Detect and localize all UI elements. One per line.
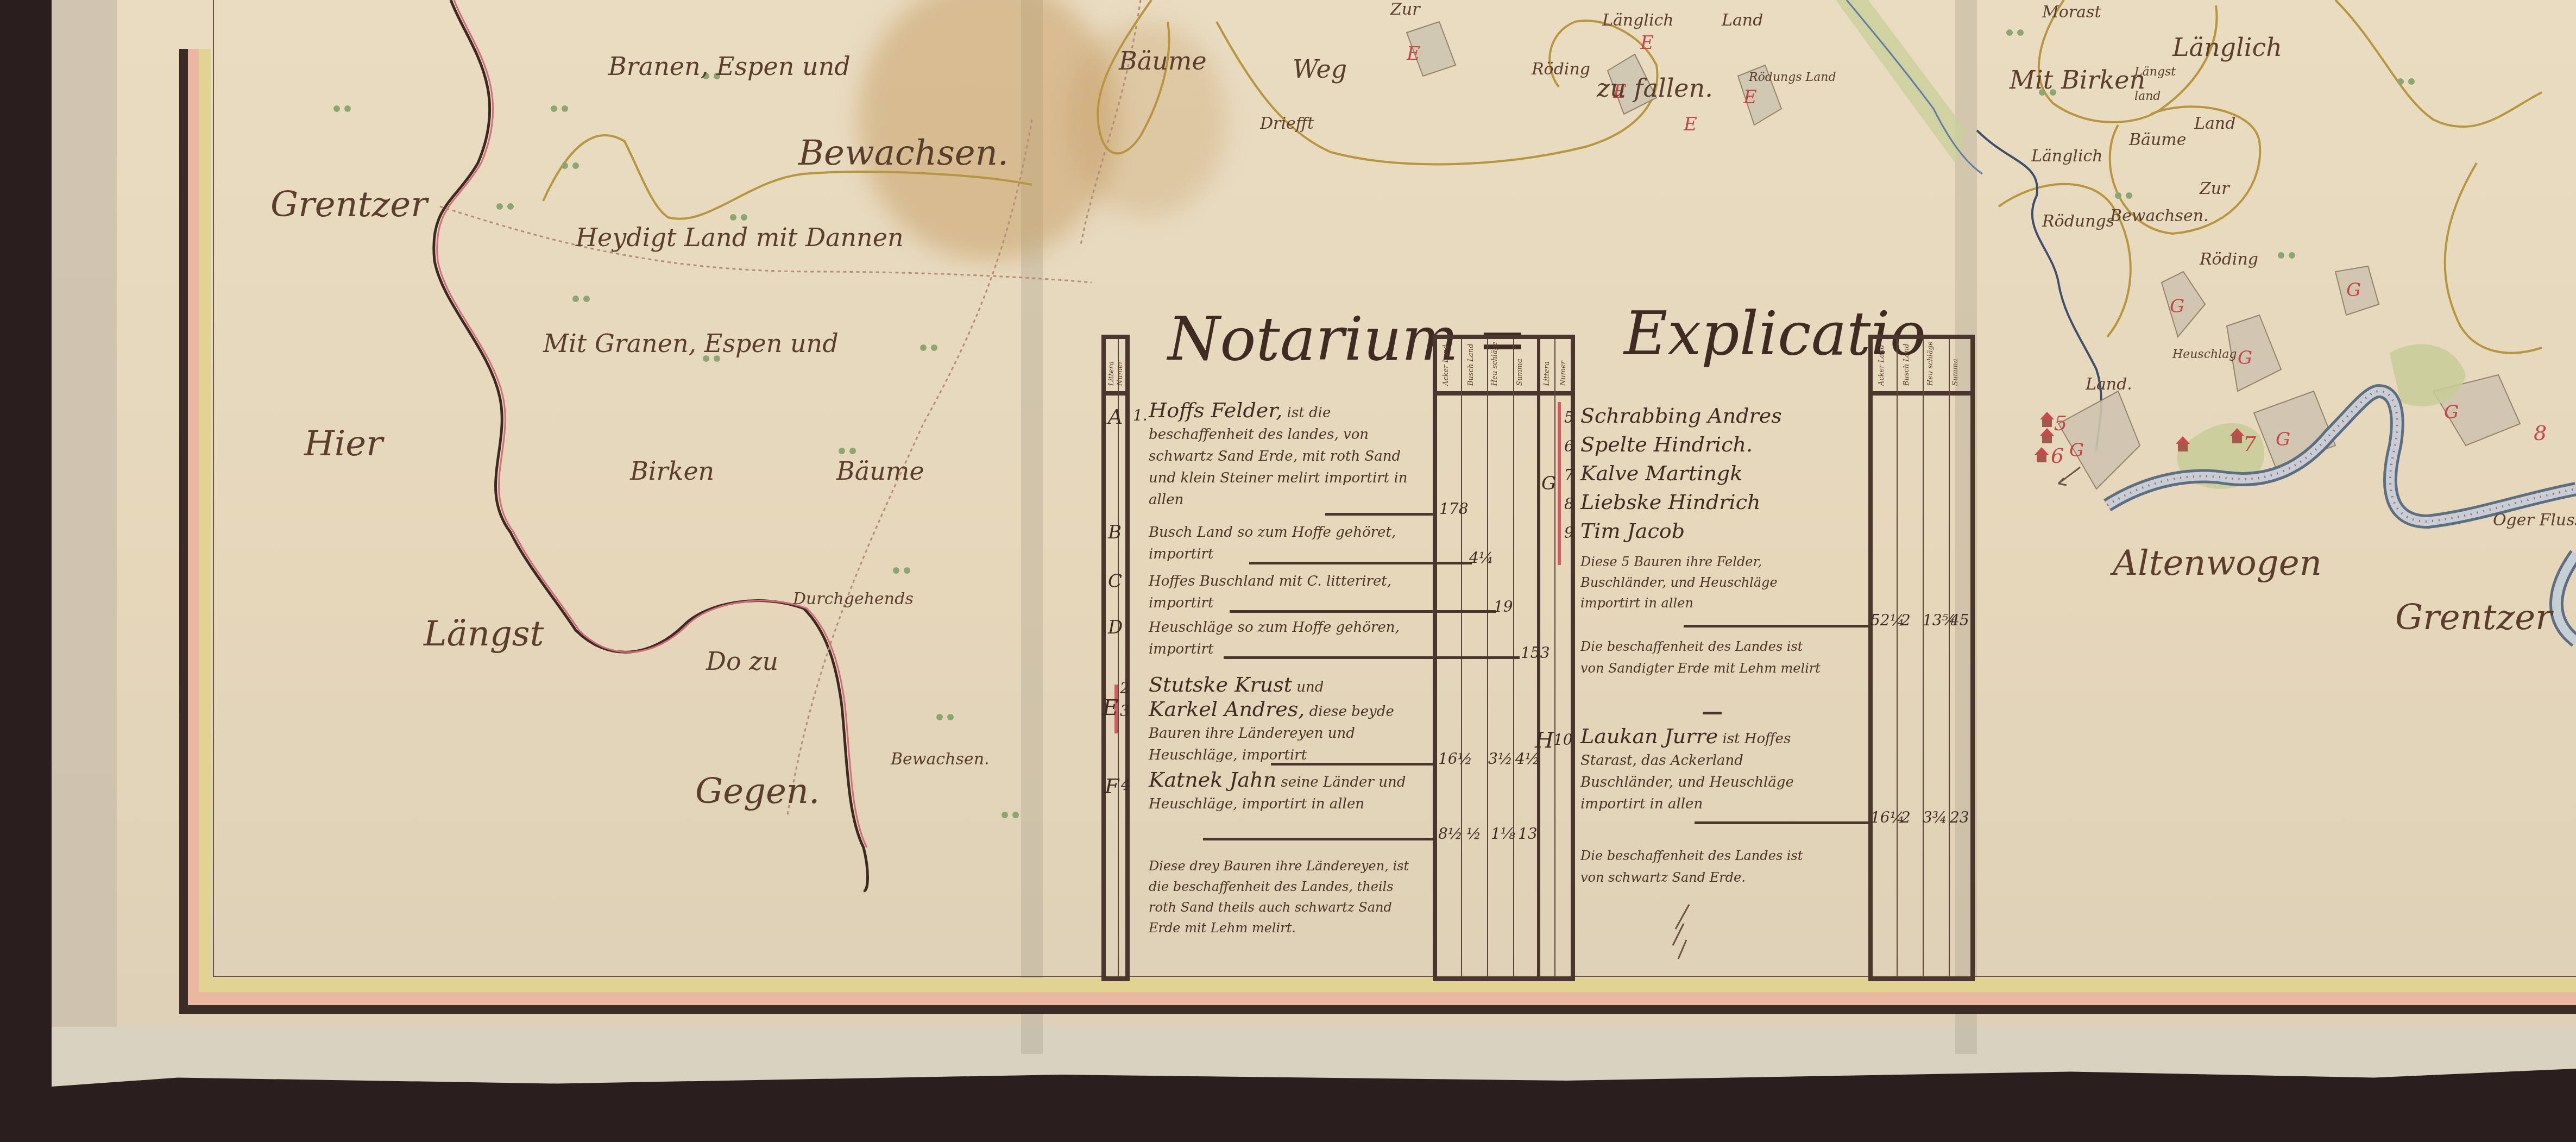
entry-value: 2	[1901, 611, 1911, 629]
notarium-entry-a: Hoffs Felder, ist die beschaffenheit des…	[1149, 399, 1431, 511]
entry-number: 4	[1121, 776, 1131, 794]
map-label: Gegen.	[695, 771, 820, 812]
map-label: Oger Fluss	[2493, 511, 2576, 530]
entry-text: und	[1296, 679, 1324, 695]
map-label: Bäume	[2129, 130, 2186, 149]
entry-name: Spelte Hindrich.	[1580, 432, 1753, 456]
table-header: Littera Numer	[1106, 339, 1125, 396]
entry-name: Laukan Jurre	[1580, 724, 1718, 748]
littera-letter: B	[1108, 522, 1122, 543]
littera-letter: E	[1103, 695, 1118, 720]
entry-name: Karkel Andres,	[1149, 697, 1305, 721]
explicatio-entry: Spelte Hindrich.	[1580, 434, 1753, 458]
entry-value: 3½	[1488, 750, 1513, 768]
svg-text:E: E	[1406, 43, 1420, 65]
header-cell: Acker Land	[1443, 341, 1450, 386]
map-label: Bäume	[1119, 46, 1207, 76]
legend-table-left: Littera Numer	[1101, 335, 1130, 981]
notarium-entry-d: Heuschläge so zum Hoffe gehören, importi…	[1149, 617, 1431, 660]
map-label: Länglich	[2031, 147, 2103, 166]
entry-name: Katnek Jahn	[1149, 768, 1276, 792]
notarium-entry-b: Busch Land so zum Hoffe gehöret, importi…	[1149, 522, 1431, 565]
svg-text:6: 6	[2051, 444, 2064, 468]
map-label: Do zu	[706, 647, 778, 676]
header-cell: Summa	[1952, 341, 1960, 386]
header-cell: Heu schläge	[1491, 341, 1499, 386]
entry-number: 2	[1120, 679, 1130, 697]
map-label: Driefft	[1260, 114, 1314, 133]
entry-number: 9	[1564, 524, 1574, 542]
map-label: Rödungs	[2042, 212, 2114, 231]
entry-value: 153	[1521, 644, 1550, 662]
notarium-entry-e2: Karkel Andres, diese beyde Bauren ihre L…	[1149, 698, 1431, 766]
header-cell: Heu schläge	[1927, 341, 1935, 386]
entry-number: 8	[1564, 495, 1574, 513]
header-cell: Littera	[1544, 341, 1551, 386]
entry-value: 178	[1439, 500, 1468, 518]
explicatio-entry: Schrabbing Andres	[1580, 405, 1782, 429]
map-label: Zur	[2200, 179, 2229, 198]
svg-text:G: G	[2238, 347, 2252, 369]
entry-value: 23	[1950, 808, 1969, 826]
map-label: Land	[1722, 11, 1763, 30]
map-label: Weg	[1293, 54, 1347, 84]
entry-name: Stutske Krust	[1149, 673, 1292, 697]
svg-text:G: G	[2170, 296, 2184, 317]
map-label: Land	[2194, 114, 2235, 133]
svg-text:7: 7	[2243, 432, 2257, 456]
signature-flourish	[1667, 902, 1711, 962]
notarium-entry-c: Hoffes Buschland mit C. litteriret, impo…	[1149, 570, 1431, 614]
map-label: zu fallen.	[1597, 73, 1713, 103]
entry-number: 3	[1120, 702, 1130, 720]
header-cell: Busch Land	[1467, 341, 1475, 386]
entry-number: 5	[1564, 409, 1574, 426]
entry-value: 19	[1494, 598, 1513, 616]
map-label: Heydigt Land mit Dannen	[576, 223, 904, 252]
entry-value: 16¼	[1870, 808, 1905, 826]
entry-number: 10	[1553, 731, 1573, 749]
entry-value: 8½	[1438, 825, 1463, 843]
table-header: Acker Land Busch Land Heu schläge Summa	[1873, 339, 1970, 396]
littera-letter: A	[1108, 405, 1123, 429]
entry-name: Hoffs Felder,	[1149, 398, 1282, 422]
entry-value: 45	[1950, 611, 1969, 629]
notarium-note: Diese drey Bauren ihre Ländereyen, ist d…	[1149, 856, 1420, 938]
explicatio-note: Die beschaffenheit des Landes ist von sc…	[1580, 845, 1819, 888]
map-label: Bäume	[836, 456, 924, 486]
entry-value: 16½	[1438, 750, 1472, 768]
explicatio-entry-h: Laukan Jurre ist Hoffes Starast, das Ack…	[1580, 725, 1830, 815]
map-label: Land.	[2086, 375, 2132, 394]
entry-value: 1⅛	[1491, 825, 1515, 843]
header-cell: Numer	[1560, 341, 1567, 386]
entry-value: 13	[1518, 825, 1538, 843]
svg-text:5: 5	[2054, 411, 2067, 435]
map-label: Altenwogen	[2113, 543, 2322, 583]
header-cell: Acker Land	[1878, 341, 1886, 386]
map-label: Mit Birken	[2010, 65, 2145, 95]
header-cell: Littera	[1108, 341, 1116, 386]
entry-name: Schrabbing Andres	[1580, 404, 1782, 428]
map-label: Grentzer	[270, 185, 427, 225]
map-label: Heuschlag	[2172, 348, 2237, 361]
svg-text:G: G	[2069, 440, 2084, 461]
littera-letter: F	[1105, 774, 1119, 798]
map-label: Birken	[630, 456, 714, 486]
entry-value: 4¼	[1469, 549, 1494, 567]
map-label: Branen, Espen und	[608, 52, 851, 81]
map-label: Bewachsen.	[891, 750, 990, 769]
entry-name: Kalve Martingk	[1580, 461, 1742, 485]
map-label: Morast	[2042, 3, 2101, 22]
explicatio-entry: Tim Jacob	[1580, 520, 1685, 544]
entry-name: Liebske Hindrich	[1580, 490, 1760, 514]
map-label: Zur	[1390, 0, 1420, 19]
entry-number: 6	[1564, 437, 1574, 455]
explicatio-summary: Diese 5 Bauren ihre Felder, Buschländer,…	[1580, 551, 1836, 613]
littera-letter: G	[1541, 473, 1556, 494]
notarium-entry-f: Katnek Jahn seine Länder und Heuschläge,…	[1149, 769, 1431, 815]
svg-text:E: E	[1743, 86, 1757, 108]
legend-table-right: Acker Land Busch Land Heu schläge Summa	[1868, 335, 1975, 981]
svg-text:G: G	[2346, 279, 2361, 301]
entry-value: ½	[1466, 825, 1481, 843]
svg-text:G: G	[2444, 401, 2459, 423]
map-label: Rödungs Land	[1749, 71, 1836, 84]
map-label: Mit Granen, Espen und	[543, 329, 839, 358]
map-label: Grentzer	[2395, 598, 2552, 638]
table-header: Acker Land Busch Land Heu schläge Summa …	[1437, 339, 1571, 396]
explicatio-entry: Liebske Hindrich	[1580, 491, 1760, 516]
header-cell: Summa	[1516, 341, 1524, 386]
entry-name: Tim Jacob	[1580, 519, 1685, 543]
littera-letter: C	[1108, 570, 1122, 592]
entry-number: 1.	[1133, 406, 1148, 424]
header-cell: Busch Land	[1903, 341, 1911, 386]
map-label: Röding	[2200, 250, 2258, 269]
map-label: Hier	[304, 424, 383, 464]
svg-text:G: G	[2276, 429, 2290, 450]
explicatio-note: Die beschaffenheit des Landes ist von Sa…	[1580, 636, 1830, 679]
map-label: Länglich	[1602, 11, 1674, 30]
map-label: Längst	[2134, 65, 2176, 79]
map-label: land	[2134, 90, 2161, 103]
map-label: Durchgehends	[793, 589, 914, 608]
entry-value: 2	[1901, 808, 1911, 826]
entry-number: 7	[1564, 466, 1574, 484]
map-label: Länglich	[2172, 33, 2282, 62]
svg-text:E: E	[1683, 114, 1697, 135]
map-label: Bewachsen.	[2110, 206, 2209, 225]
littera-letter: H	[1535, 728, 1554, 753]
littera-letter: D	[1108, 617, 1123, 638]
map-label: Röding	[1532, 60, 1590, 79]
map-label: Bewachsen.	[798, 133, 1009, 173]
map-label: Längst	[424, 614, 544, 654]
svg-text:E: E	[1640, 32, 1654, 54]
entry-value: 52¼	[1870, 611, 1905, 629]
explicatio-entry: Kalve Martingk	[1580, 462, 1742, 487]
notarium-entry-e1: Stutske Krust und	[1149, 674, 1431, 698]
entry-value: 3¾	[1923, 808, 1947, 826]
parcel-letters: EEE EE GGG GGG 56 78	[1406, 32, 2547, 468]
svg-text:8: 8	[2534, 421, 2547, 445]
